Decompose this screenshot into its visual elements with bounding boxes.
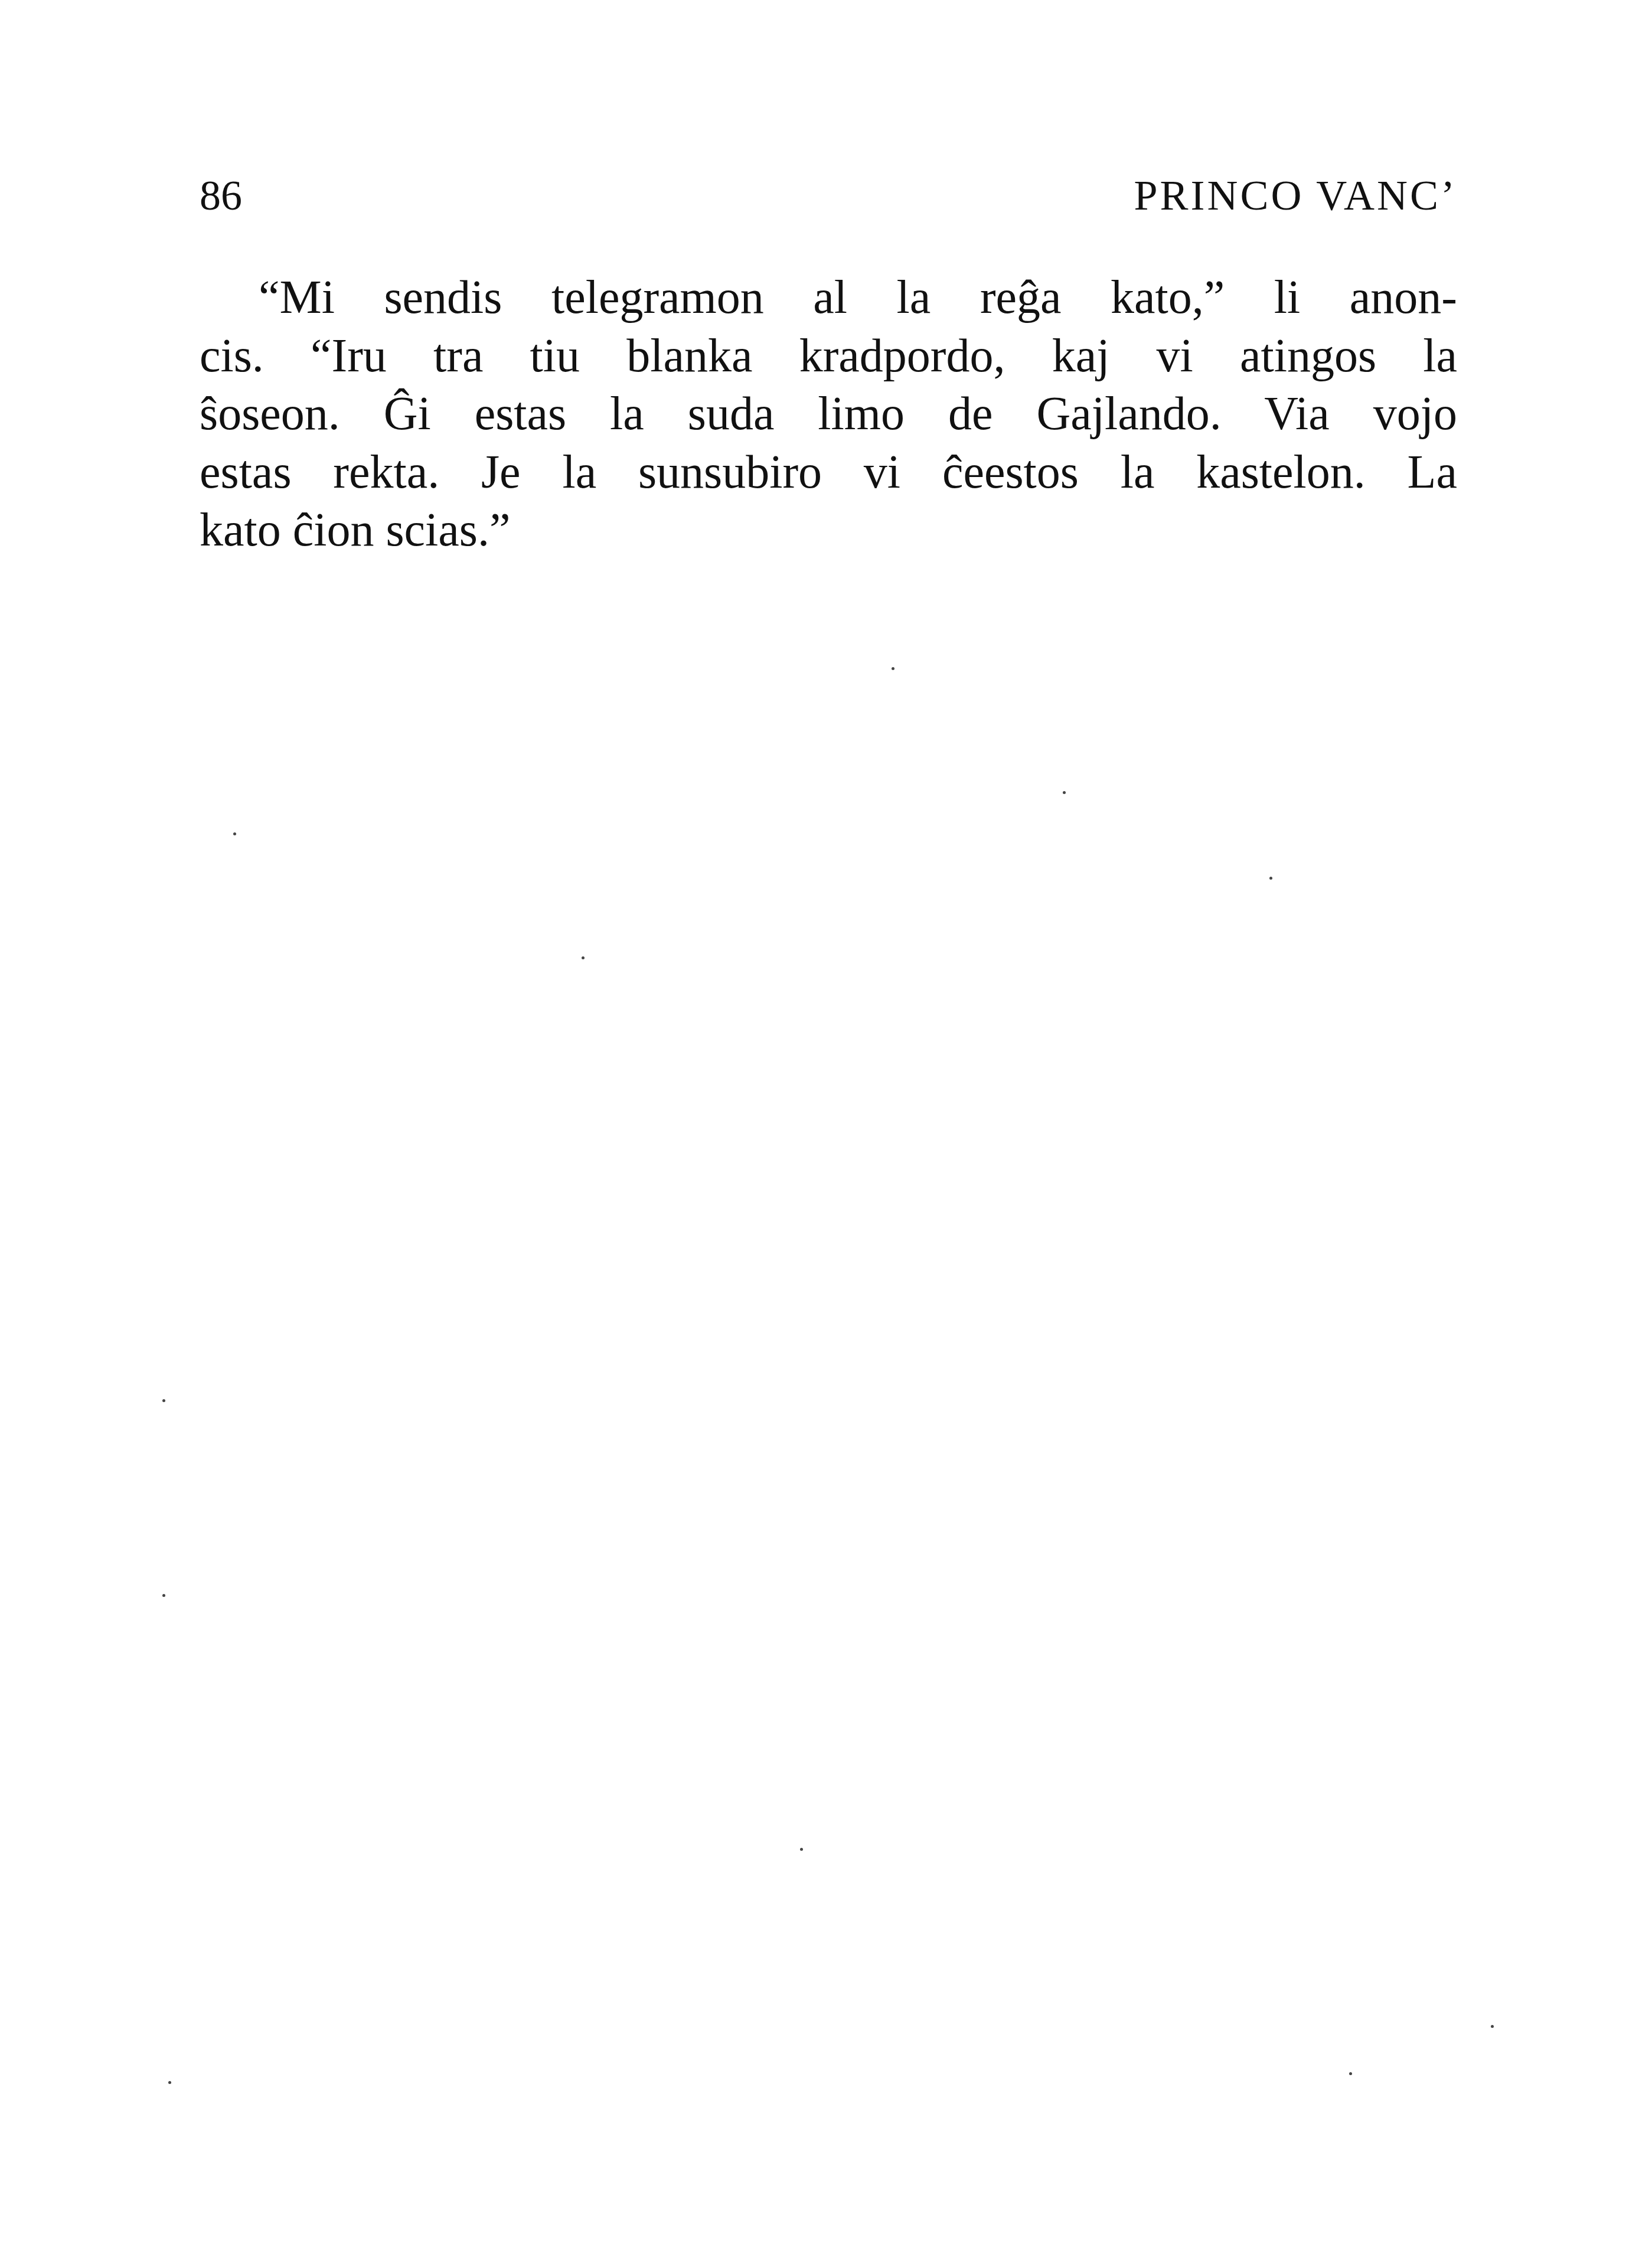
scan-speck [800,1848,803,1851]
text-line: estas rekta. Je la sunsubiro vi ĉeestos … [200,443,1457,502]
page-number: 86 [200,171,242,220]
body-text: “Mi sendis telegramon al la reĝa kato,” … [200,269,1457,560]
text-line: “Mi sendis telegramon al la reĝa kato,” … [200,269,1457,327]
book-page: 86 PRINCO VANC’ “Mi sendis telegramon al… [0,0,1652,2267]
text-line: cis. “Iru tra tiu blanka kradpordo, kaj … [200,327,1457,386]
running-title: PRINCO VANC’ [1134,171,1457,220]
scan-speck [892,667,894,670]
scan-speck [1491,2025,1494,2028]
scan-speck [168,2081,171,2084]
scan-speck [1349,2072,1352,2075]
scan-speck [162,1399,165,1402]
scan-speck [1269,877,1272,880]
scan-speck [233,832,236,835]
scan-speck [582,956,585,959]
scan-speck [1063,791,1066,794]
scan-speck [162,1594,165,1597]
text-line: kato ĉion scias.” [200,501,1457,560]
page-header: 86 PRINCO VANC’ [200,171,1457,230]
text-line: ŝoseon. Ĝi estas la suda limo de Gajland… [200,385,1457,443]
